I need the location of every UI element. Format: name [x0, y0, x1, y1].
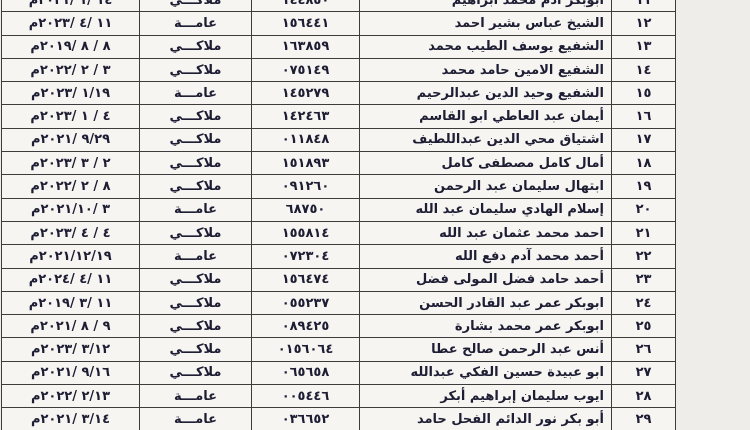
number-cell: ٠٩١٢٦٠ [252, 175, 360, 198]
type-cell: عامـــة [140, 385, 252, 408]
name-cell: أمال كامل مصطفى كامل [360, 152, 612, 175]
serial-cell: ١٢ [612, 12, 676, 35]
number-cell: ١٤٥٢٧٩ [252, 82, 360, 105]
type-cell: عامـــة [140, 245, 252, 268]
table-row: ١٥الشفيع وحيد الدين عبدالرحيم١٤٥٢٧٩عامــ… [2, 82, 676, 105]
records-table: ١١ابوبكر آدم محمد ابراهيم١٤٤٨٥٠ملاكـــيم… [1, 0, 676, 430]
table-row: ١٢الشيخ عباس بشير احمد١٥٦٤٤١عامـــةم٢٠٢٣… [2, 12, 676, 35]
serial-cell: ٢٢ [612, 245, 676, 268]
type-cell: عامـــة [140, 198, 252, 221]
serial-cell: ٢٧ [612, 361, 676, 384]
table-row: ١٤الشفيع الامين حامد محمد٠٧٥١٤٩ملاكـــيم… [2, 58, 676, 81]
type-cell: ملاكـــي [140, 315, 252, 338]
name-cell: أبو بكر نور الدائم الفحل حامد [360, 408, 612, 430]
name-cell: ابوبكر عمر محمد بشارة [360, 315, 612, 338]
type-cell: ملاكـــي [140, 221, 252, 244]
number-cell: ٠٧٥١٤٩ [252, 58, 360, 81]
table-row: ٢٣أحمد حامد فضل المولى فضل١٥٦٤٧٤ملاكـــي… [2, 268, 676, 291]
serial-cell: ٢٥ [612, 315, 676, 338]
type-cell: ملاكـــي [140, 175, 252, 198]
name-cell: ابوبكر عمر عبد القادر الحسن [360, 291, 612, 314]
number-cell: ٦٨٧٥٠ [252, 198, 360, 221]
table-row: ٢٥ابوبكر عمر محمد بشارة٠٨٩٤٢٥ملاكـــيم٢٠… [2, 315, 676, 338]
serial-cell: ٢٤ [612, 291, 676, 314]
serial-cell: ٢١ [612, 221, 676, 244]
number-cell: ١٤٤٨٥٠ [252, 0, 360, 12]
serial-cell: ١٨ [612, 152, 676, 175]
name-cell: أحمد محمد آدم دفع الله [360, 245, 612, 268]
type-cell: ملاكـــي [140, 268, 252, 291]
records-table-body: ١١ابوبكر آدم محمد ابراهيم١٤٤٨٥٠ملاكـــيم… [2, 0, 676, 430]
date-cell: م٢٠٢١/ ٨ / ٩ [2, 315, 140, 338]
table-row: ٢٤ابوبكر عمر عبد القادر الحسن٠٥٥٢٣٧ملاكـ… [2, 291, 676, 314]
table-row: ١٨أمال كامل مصطفى كامل١٥١٨٩٣ملاكـــيم٢٠٢… [2, 152, 676, 175]
number-cell: ١٥٦٤٧٤ [252, 268, 360, 291]
number-cell: ٠١٥٦٠٦٤ [252, 338, 360, 361]
number-cell: ٠١١٨٤٨ [252, 128, 360, 151]
table-row: ١٣الشفيع يوسف الطيب محمد١٦٣٨٥٩ملاكـــيم٢… [2, 35, 676, 58]
number-cell: ٠٧٢٣٠٤ [252, 245, 360, 268]
serial-cell: ١٣ [612, 35, 676, 58]
type-cell: ملاكـــي [140, 361, 252, 384]
number-cell: ٠٦٥٦٥٨ [252, 361, 360, 384]
type-cell: عامـــة [140, 82, 252, 105]
type-cell: ملاكـــي [140, 291, 252, 314]
name-cell: احمد محمد عثمان عبد الله [360, 221, 612, 244]
table-row: ٢٠إسلام الهادي سليمان عبد الله٦٨٧٥٠عامــ… [2, 198, 676, 221]
number-cell: ١٥٦٤٤١ [252, 12, 360, 35]
name-cell: الشيخ عباس بشير احمد [360, 12, 612, 35]
type-cell: ملاكـــي [140, 58, 252, 81]
table-row: ٢٩أبو بكر نور الدائم الفحل حامد٠٣٦٦٥٢عام… [2, 408, 676, 430]
date-cell: م٢٠٢١/ ١/ ١٤ [2, 0, 140, 12]
serial-cell: ١٩ [612, 175, 676, 198]
number-cell: ٠٨٩٤٢٥ [252, 315, 360, 338]
table-row: ٢٦أنس عبد الرحمن صالح عطا٠١٥٦٠٦٤ملاكـــي… [2, 338, 676, 361]
date-cell: م٢٠٢٣/ ٣/١٢ [2, 338, 140, 361]
name-cell: ايوب سليمان إبراهيم أبكر [360, 385, 612, 408]
name-cell: إسلام الهادي سليمان عبد الله [360, 198, 612, 221]
name-cell: ابتهال سليمان عبد الرحمن [360, 175, 612, 198]
number-cell: ١٦٣٨٥٩ [252, 35, 360, 58]
number-cell: ١٥١٨٩٣ [252, 152, 360, 175]
date-cell: م٢٠٢٢/ ٢/١٣ [2, 385, 140, 408]
number-cell: ٠٥٥٢٣٧ [252, 291, 360, 314]
type-cell: ملاكـــي [140, 152, 252, 175]
type-cell: ملاكـــي [140, 338, 252, 361]
date-cell: م٢٠٢١/ ٩/٢٩ [2, 128, 140, 151]
table-row: ٢٧ابو عبيدة حسين الفكي عبدالله٠٦٥٦٥٨ملاك… [2, 361, 676, 384]
table-row: ٢١احمد محمد عثمان عبد الله١٥٥٨١٤ملاكـــي… [2, 221, 676, 244]
type-cell: ملاكـــي [140, 35, 252, 58]
date-cell: م٢٠٢٢/ ٢ / ٨ [2, 175, 140, 198]
name-cell: اشتياق محي الدين عبداللطيف [360, 128, 612, 151]
serial-cell: ٢٦ [612, 338, 676, 361]
name-cell: ابو عبيدة حسين الفكي عبدالله [360, 361, 612, 384]
table-row: ١٧اشتياق محي الدين عبداللطيف٠١١٨٤٨ملاكــ… [2, 128, 676, 151]
table-row: ١٩ابتهال سليمان عبد الرحمن٠٩١٢٦٠ملاكـــي… [2, 175, 676, 198]
type-cell: عامـــة [140, 12, 252, 35]
number-cell: ٠٣٦٦٥٢ [252, 408, 360, 430]
table-row: ١٦أيمان عبد العاطي ابو القاسم١٤٢٤٦٣ملاكـ… [2, 105, 676, 128]
type-cell: ملاكـــي [140, 105, 252, 128]
number-cell: ١٤٢٤٦٣ [252, 105, 360, 128]
name-cell: الشفيع الامين حامد محمد [360, 58, 612, 81]
table-row: ٢٢أحمد محمد آدم دفع الله٠٧٢٣٠٤عامـــةم٢٠… [2, 245, 676, 268]
serial-cell: ٢٨ [612, 385, 676, 408]
name-cell: الشفيع وحيد الدين عبدالرحيم [360, 82, 612, 105]
date-cell: م٢٠٢٣/ ٣ / ٢ [2, 152, 140, 175]
type-cell: عامـــة [140, 408, 252, 430]
type-cell: ملاكـــي [140, 128, 252, 151]
date-cell: م٢٠٢٣/ ٤ / ٤ [2, 221, 140, 244]
date-cell: م٢٠٢٣/ ١/١٩ [2, 82, 140, 105]
name-cell: أحمد حامد فضل المولى فضل [360, 268, 612, 291]
serial-cell: ٢٩ [612, 408, 676, 430]
serial-cell: ٢٠ [612, 198, 676, 221]
name-cell: أيمان عبد العاطي ابو القاسم [360, 105, 612, 128]
serial-cell: ١٦ [612, 105, 676, 128]
date-cell: م٢٠٢٣/ ٤/ ١١ [2, 12, 140, 35]
number-cell: ١٥٥٨١٤ [252, 221, 360, 244]
date-cell: م٢٠٢١/١٢/١٩ [2, 245, 140, 268]
date-cell: م٢٠٢٣/ ١ / ٤ [2, 105, 140, 128]
serial-cell: ١٤ [612, 58, 676, 81]
date-cell: م٢٠٢١/١٠/ ٣ [2, 198, 140, 221]
date-cell: م٢٠٢١/ ٣/١٤ [2, 408, 140, 430]
date-cell: م٢٠١٩/ ٣/ ١١ [2, 291, 140, 314]
date-cell: م٢٠٢٢/ ٢ / ٣ [2, 58, 140, 81]
date-cell: م٢٠٢١/ ٩/١٦ [2, 361, 140, 384]
scanned-page: ١١ابوبكر آدم محمد ابراهيم١٤٤٨٥٠ملاكـــيم… [0, 0, 750, 430]
date-cell: م٢٠٢٤/ ٤/ ١١ [2, 268, 140, 291]
table-row: ٢٨ايوب سليمان إبراهيم أبكر٠٠٥٤٤٦عامـــةم… [2, 385, 676, 408]
serial-cell: ١٥ [612, 82, 676, 105]
table-row: ١١ابوبكر آدم محمد ابراهيم١٤٤٨٥٠ملاكـــيم… [2, 0, 676, 12]
serial-cell: ١١ [612, 0, 676, 12]
serial-cell: ٢٣ [612, 268, 676, 291]
name-cell: ابوبكر آدم محمد ابراهيم [360, 0, 612, 12]
number-cell: ٠٠٥٤٤٦ [252, 385, 360, 408]
serial-cell: ١٧ [612, 128, 676, 151]
type-cell: ملاكـــي [140, 0, 252, 12]
date-cell: م٢٠١٩/ ٨ / ٨ [2, 35, 140, 58]
name-cell: أنس عبد الرحمن صالح عطا [360, 338, 612, 361]
name-cell: الشفيع يوسف الطيب محمد [360, 35, 612, 58]
